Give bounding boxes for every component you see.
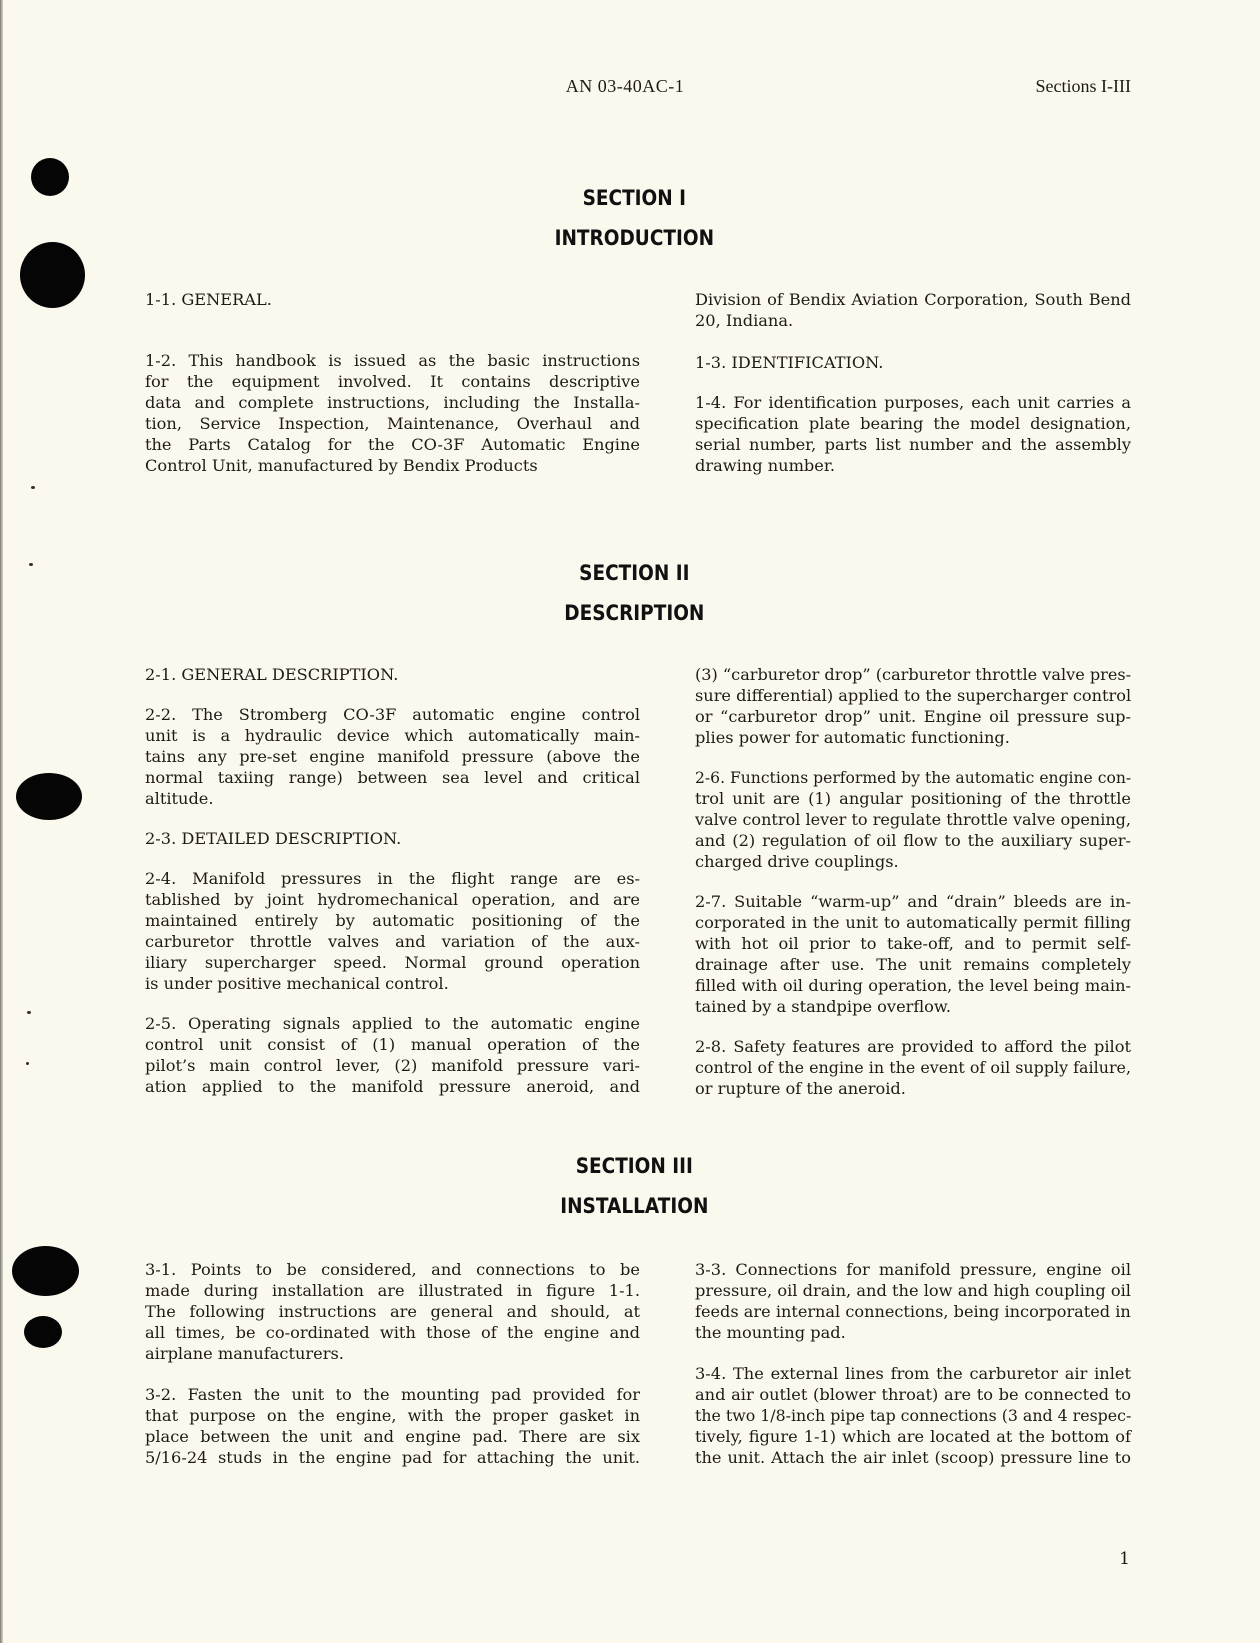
- binder-hole: [24, 1316, 62, 1348]
- text-line: and (2) regulation of oil flow to the au…: [695, 830, 1131, 851]
- paragraph: 2-5. Operating signals applied to the au…: [145, 1013, 640, 1097]
- paragraph: 3-2. Fasten the unit to the mounting pad…: [145, 1384, 640, 1468]
- text-line: maintained entirely by automatic positio…: [145, 910, 640, 931]
- section-1-left-column: 1-1. GENERAL.1-2. This handbook is issue…: [145, 289, 640, 476]
- text-line: plies power for automatic functioning.: [695, 727, 1131, 748]
- paragraph: 2-6. Functions performed by the automati…: [695, 767, 1131, 872]
- text-line: 1-1. GENERAL.: [145, 289, 640, 310]
- section-1-title: INTRODUCTION: [80, 226, 1189, 250]
- paragraph: 3-1. Points to be considered, and connec…: [145, 1259, 640, 1364]
- paper-speck: [26, 1062, 29, 1065]
- text-line: Division of Bendix Aviation Corporation,…: [695, 289, 1131, 310]
- paragraph: 3-4. The external lines from the carbure…: [695, 1363, 1131, 1468]
- text-line: tains any pre-set engine manifold pressu…: [145, 746, 640, 767]
- text-line: 20, Indiana.: [695, 310, 1131, 331]
- section-3-title: INSTALLATION: [80, 1194, 1189, 1218]
- text-line: place between the unit and engine pad. T…: [145, 1426, 640, 1447]
- text-line: pressure, oil drain, and the low and hig…: [695, 1280, 1131, 1301]
- text-line: charged drive couplings.: [695, 851, 1131, 872]
- paragraph-heading: 1-1. GENERAL.: [145, 289, 640, 310]
- text-line: 2-5. Operating signals applied to the au…: [145, 1013, 640, 1034]
- section-1-number: SECTION I: [80, 186, 1189, 210]
- text-line: specification plate bearing the model de…: [695, 413, 1131, 434]
- text-line: 2-2. The Stromberg CO-3F automatic engin…: [145, 704, 640, 725]
- text-line: is under positive mechanical control.: [145, 973, 640, 994]
- text-line: data and complete instructions, includin…: [145, 392, 640, 413]
- paragraph-heading: 2-1. GENERAL DESCRIPTION.: [145, 664, 640, 685]
- paragraph: 2-8. Safety features are provided to aff…: [695, 1036, 1131, 1099]
- text-line: serial number, parts list number and the…: [695, 434, 1131, 455]
- page-number: 1: [1119, 1549, 1130, 1569]
- text-line: feeds are internal connections, being in…: [695, 1301, 1131, 1322]
- section-3-right-column: 3-3. Connections for manifold pressure, …: [695, 1259, 1131, 1468]
- text-line: and air outlet (blower throat) are to be…: [695, 1384, 1131, 1405]
- paper-speck: [27, 1011, 31, 1014]
- text-line: the Parts Catalog for the CO-3F Automati…: [145, 434, 640, 455]
- paragraph: Division of Bendix Aviation Corporation,…: [695, 289, 1131, 331]
- section-2-left-column: 2-1. GENERAL DESCRIPTION.2-2. The Stromb…: [145, 664, 640, 1097]
- text-line: tablished by joint hydromechanical opera…: [145, 889, 640, 910]
- text-line: 3-4. The external lines from the carbure…: [695, 1363, 1131, 1384]
- page-edge-shadow: [0, 0, 3, 1643]
- binder-hole: [16, 773, 82, 820]
- paragraph: 1-2. This handbook is issued as the basi…: [145, 350, 640, 476]
- text-line: that purpose on the engine, with the pro…: [145, 1405, 640, 1426]
- text-line: 2-1. GENERAL DESCRIPTION.: [145, 664, 640, 685]
- text-line: tion, Service Inspection, Maintenance, O…: [145, 413, 640, 434]
- text-line: 2-3. DETAILED DESCRIPTION.: [145, 828, 640, 849]
- text-line: 3-2. Fasten the unit to the mounting pad…: [145, 1384, 640, 1405]
- text-line: the two 1/8-inch pipe tap connections (3…: [695, 1405, 1131, 1426]
- text-line: the mounting pad.: [695, 1322, 1131, 1343]
- section-2-number: SECTION II: [80, 561, 1189, 585]
- text-line: 3-1. Points to be considered, and connec…: [145, 1259, 640, 1280]
- text-line: tively, figure 1-1) which are located at…: [695, 1426, 1131, 1447]
- text-line: iliary supercharger speed. Normal ground…: [145, 952, 640, 973]
- section-3-number: SECTION III: [80, 1154, 1189, 1178]
- paragraph: 3-3. Connections for manifold pressure, …: [695, 1259, 1131, 1343]
- text-line: trol unit are (1) angular positioning of…: [695, 788, 1131, 809]
- paragraph: 2-2. The Stromberg CO-3F automatic engin…: [145, 704, 640, 809]
- text-line: altitude.: [145, 788, 640, 809]
- binder-hole: [12, 1246, 79, 1296]
- text-line: all times, be co-ordinated with those of…: [145, 1322, 640, 1343]
- text-line: 2-4. Manifold pressures in the flight ra…: [145, 868, 640, 889]
- text-line: 2-6. Functions performed by the automati…: [695, 767, 1131, 788]
- text-line: 2-8. Safety features are provided to aff…: [695, 1036, 1131, 1057]
- text-line: filled with oil during operation, the le…: [695, 975, 1131, 996]
- text-line: (3) “carburetor drop” (carburetor thrott…: [695, 664, 1131, 685]
- text-line: The following instructions are general a…: [145, 1301, 640, 1322]
- paragraph-heading: 2-3. DETAILED DESCRIPTION.: [145, 828, 640, 849]
- text-line: made during installation are illustrated…: [145, 1280, 640, 1301]
- text-line: or rupture of the aneroid.: [695, 1078, 1131, 1099]
- text-line: drawing number.: [695, 455, 1131, 476]
- text-line: for the equipment involved. It contains …: [145, 371, 640, 392]
- text-line: corporated in the unit to automatically …: [695, 912, 1131, 933]
- text-line: normal taxiing range) between sea level …: [145, 767, 640, 788]
- text-line: Control Unit, manufactured by Bendix Pro…: [145, 455, 640, 476]
- text-line: 2-7. Suitable “warm-up” and “drain” blee…: [695, 891, 1131, 912]
- text-line: carburetor throttle valves and variation…: [145, 931, 640, 952]
- text-line: the unit. Attach the air inlet (scoop) p…: [695, 1447, 1131, 1468]
- text-line: or “carburetor drop” unit. Engine oil pr…: [695, 706, 1131, 727]
- sections-label: Sections I-III: [1036, 76, 1131, 97]
- paragraph-heading: 1-3. IDENTIFICATION.: [695, 352, 1131, 373]
- text-line: tained by a standpipe overflow.: [695, 996, 1131, 1017]
- paper-speck: [31, 486, 35, 489]
- text-line: 1-3. IDENTIFICATION.: [695, 352, 1131, 373]
- binder-hole: [20, 242, 85, 308]
- text-line: valve control lever to regulate throttle…: [695, 809, 1131, 830]
- paragraph: 1-4. For identification purposes, each u…: [695, 392, 1131, 476]
- text-line: 5/16-24 studs in the engine pad for atta…: [145, 1447, 640, 1468]
- section-1-right-column: Division of Bendix Aviation Corporation,…: [695, 289, 1131, 476]
- text-line: 3-3. Connections for manifold pressure, …: [695, 1259, 1131, 1280]
- section-3-left-column: 3-1. Points to be considered, and connec…: [145, 1259, 640, 1468]
- paper-speck: [29, 563, 33, 566]
- text-line: 1-4. For identification purposes, each u…: [695, 392, 1131, 413]
- text-line: control of the engine in the event of oi…: [695, 1057, 1131, 1078]
- text-line: unit is a hydraulic device which automat…: [145, 725, 640, 746]
- text-line: pilot’s main control lever, (2) manifold…: [145, 1055, 640, 1076]
- paragraph: 2-7. Suitable “warm-up” and “drain” blee…: [695, 891, 1131, 1017]
- paragraph: (3) “carburetor drop” (carburetor thrott…: [695, 664, 1131, 748]
- paragraph: 2-4. Manifold pressures in the flight ra…: [145, 868, 640, 994]
- text-line: sure differential) applied to the superc…: [695, 685, 1131, 706]
- section-2-right-column: (3) “carburetor drop” (carburetor thrott…: [695, 664, 1131, 1099]
- text-line: control unit consist of (1) manual opera…: [145, 1034, 640, 1055]
- binder-hole: [31, 158, 69, 196]
- text-line: drainage after use. The unit remains com…: [695, 954, 1131, 975]
- text-line: 1-2. This handbook is issued as the basi…: [145, 350, 640, 371]
- section-2-title: DESCRIPTION: [80, 601, 1189, 625]
- text-line: ation applied to the manifold pressure a…: [145, 1076, 640, 1097]
- text-line: with hot oil prior to take-off, and to p…: [695, 933, 1131, 954]
- text-line: airplane manufacturers.: [145, 1343, 640, 1364]
